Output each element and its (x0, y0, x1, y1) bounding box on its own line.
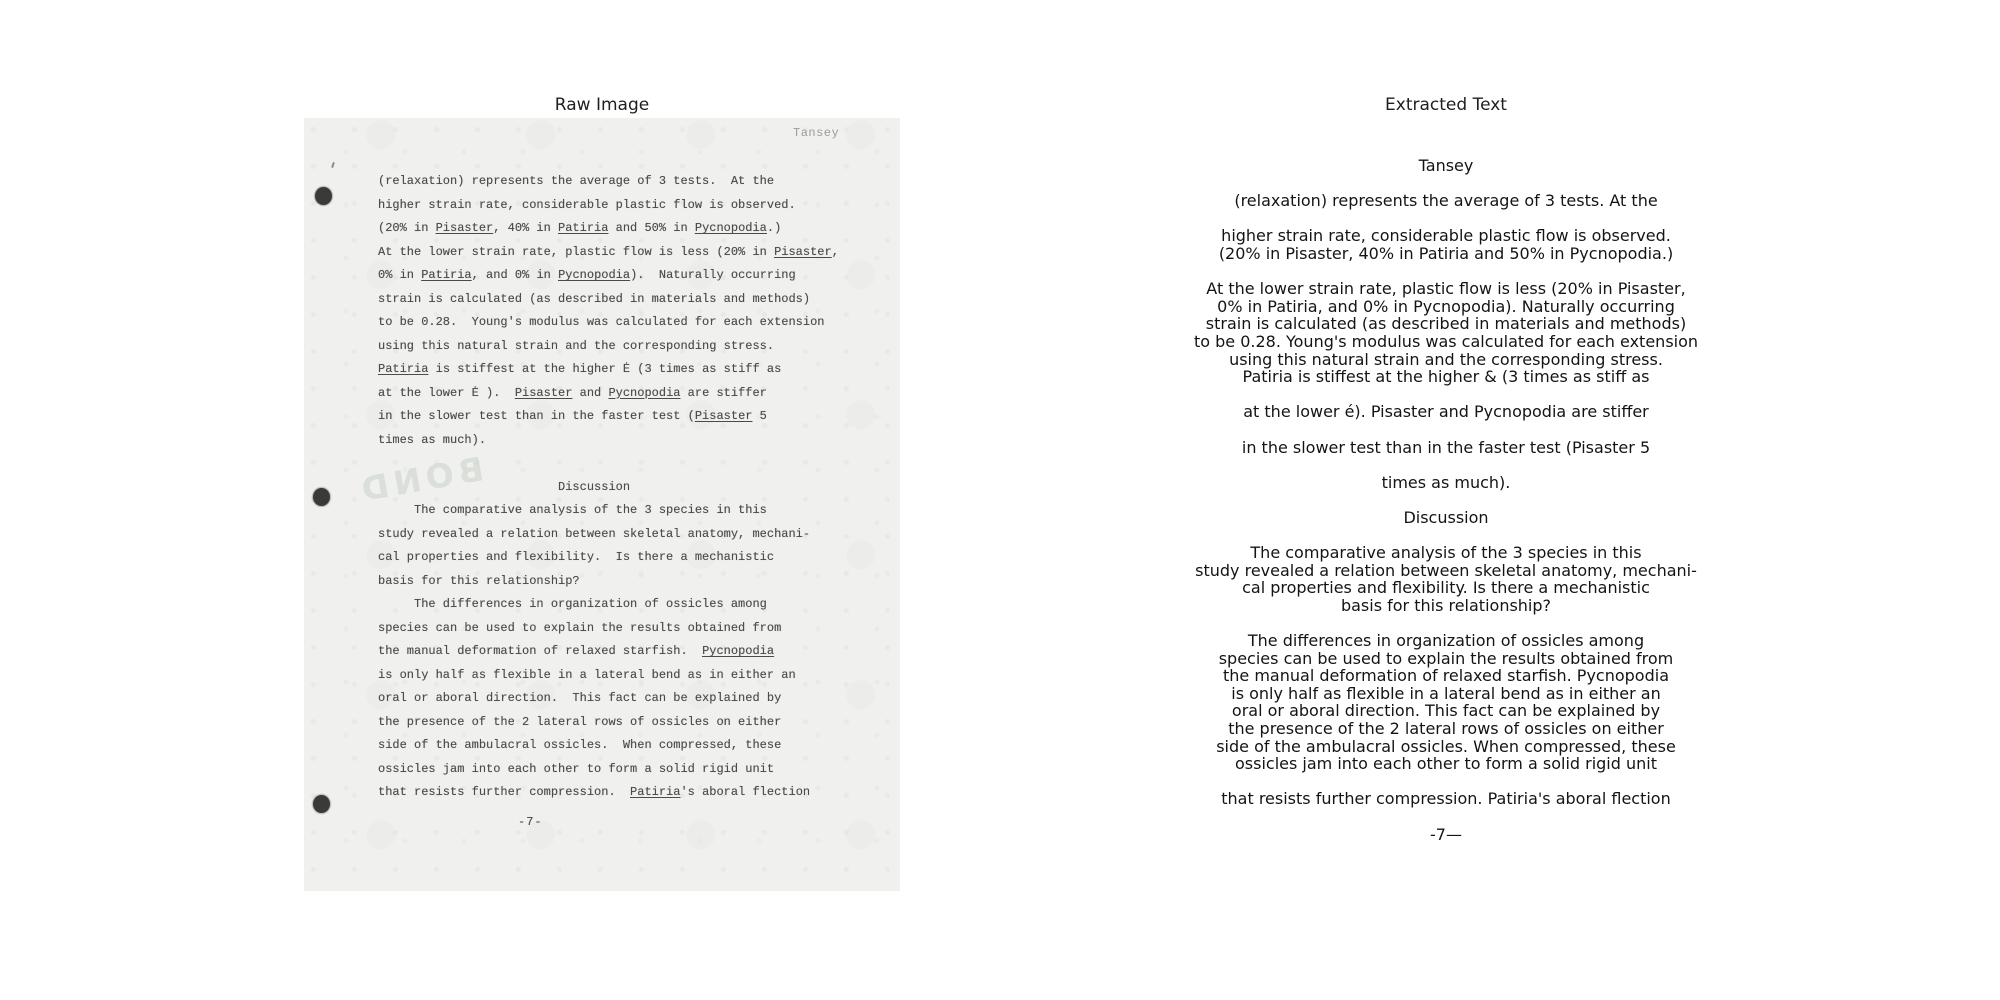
extracted-paragraph: (relaxation) represents the average of 3… (1096, 192, 1796, 210)
typewritten-line: at the lower Ė ). Pisaster and Pycnopodi… (378, 382, 839, 406)
underlined-species-name: Pycnopodia (558, 268, 630, 282)
underlined-species-name: Patiria (630, 785, 680, 799)
typewritten-line: cal properties and flexibility. Is there… (378, 546, 839, 570)
extracted-paragraph: Discussion (1096, 509, 1796, 527)
typewritten-line: side of the ambulacral ossicles. When co… (378, 734, 839, 758)
typewritten-line: the manual deformation of relaxed starfi… (378, 640, 839, 664)
extracted-paragraph: The comparative analysis of the 3 specie… (1096, 544, 1796, 614)
hole-punch-dot (315, 187, 332, 205)
typewritten-line: is only half as flexible in a lateral be… (378, 664, 839, 688)
typewritten-line: using this natural strain and the corres… (378, 335, 839, 359)
typewritten-line: Discussion (378, 476, 839, 500)
typewritten-line: Patiria is stiffest at the higher Ė (3 t… (378, 358, 839, 382)
underlined-species-name: Patiria (421, 268, 471, 282)
underlined-species-name: Pisaster (774, 245, 832, 259)
typewritten-line: the presence of the 2 lateral rows of os… (378, 711, 839, 735)
typewritten-line: in the slower test than in the faster te… (378, 405, 839, 429)
typewritten-line: oral or aboral direction. This fact can … (378, 687, 839, 711)
extracted-text-title: Extracted Text (1266, 95, 1626, 115)
typewritten-line: (relaxation) represents the average of 3… (378, 170, 839, 194)
extracted-paragraph: at the lower é). Pisaster and Pycnopodia… (1096, 403, 1796, 421)
typewritten-line: At the lower strain rate, plastic flow i… (378, 241, 839, 265)
typewritten-line: basis for this relationship? (378, 570, 839, 594)
typewritten-line: times as much). (378, 429, 839, 453)
hole-punch-dot (313, 795, 330, 813)
extracted-paragraph: that resists further compression. Patiri… (1096, 790, 1796, 808)
typewritten-line: The comparative analysis of the 3 specie… (378, 499, 839, 523)
underlined-species-name: Patiria (558, 221, 608, 235)
underlined-species-name: Pisaster (515, 386, 573, 400)
extracted-paragraph: times as much). (1096, 474, 1796, 492)
typewritten-line: that resists further compression. Patiri… (378, 781, 839, 805)
author-name-label: Tansey (793, 126, 839, 140)
underlined-species-name: Pisaster (695, 409, 753, 423)
underlined-species-name: Pycnopodia (702, 644, 774, 658)
typewritten-line: (20% in Pisaster, 40% in Patiria and 50%… (378, 217, 839, 241)
typewritten-line: The differences in organization of ossic… (378, 593, 839, 617)
typewritten-line: to be 0.28. Young's modulus was calculat… (378, 311, 839, 335)
extracted-paragraph: The differences in organization of ossic… (1096, 632, 1796, 773)
typewritten-line: strain is calculated (as described in ma… (378, 288, 839, 312)
typewritten-text: (relaxation) represents the average of 3… (378, 170, 839, 805)
underlined-species-name: Pycnopodia (695, 221, 767, 235)
underlined-species-name: Pisaster (436, 221, 494, 235)
extracted-paragraph: Tansey (1096, 157, 1796, 175)
typewritten-line: study revealed a relation between skelet… (378, 523, 839, 547)
extracted-paragraph: higher strain rate, considerable plastic… (1096, 227, 1796, 262)
underlined-species-name: Patiria (378, 362, 428, 376)
raw-image-title: Raw Image (422, 95, 782, 115)
typewritten-line: species can be used to explain the resul… (378, 617, 839, 641)
extracted-paragraph: in the slower test than in the faster te… (1096, 439, 1796, 457)
ocr-comparison-view: Raw Image Extracted Text BOND Tansey (re… (0, 0, 2000, 1000)
scan-artifact-mark (331, 162, 335, 168)
scanned-document-page: BOND Tansey (relaxation) represents the … (304, 118, 900, 891)
extracted-paragraph: At the lower strain rate, plastic flow i… (1096, 280, 1796, 386)
typewritten-line: higher strain rate, considerable plastic… (378, 194, 839, 218)
hole-punch-dot (313, 488, 330, 506)
typewritten-line (378, 452, 839, 476)
extracted-paragraph: -7— (1096, 826, 1796, 844)
raw-page-number: -7- (518, 816, 543, 828)
typewritten-line: 0% in Patiria, and 0% in Pycnopodia). Na… (378, 264, 839, 288)
extracted-text-block: Tansey(relaxation) represents the averag… (1096, 157, 1796, 861)
underlined-species-name: Pycnopodia (608, 386, 680, 400)
typewritten-line: ossicles jam into each other to form a s… (378, 758, 839, 782)
